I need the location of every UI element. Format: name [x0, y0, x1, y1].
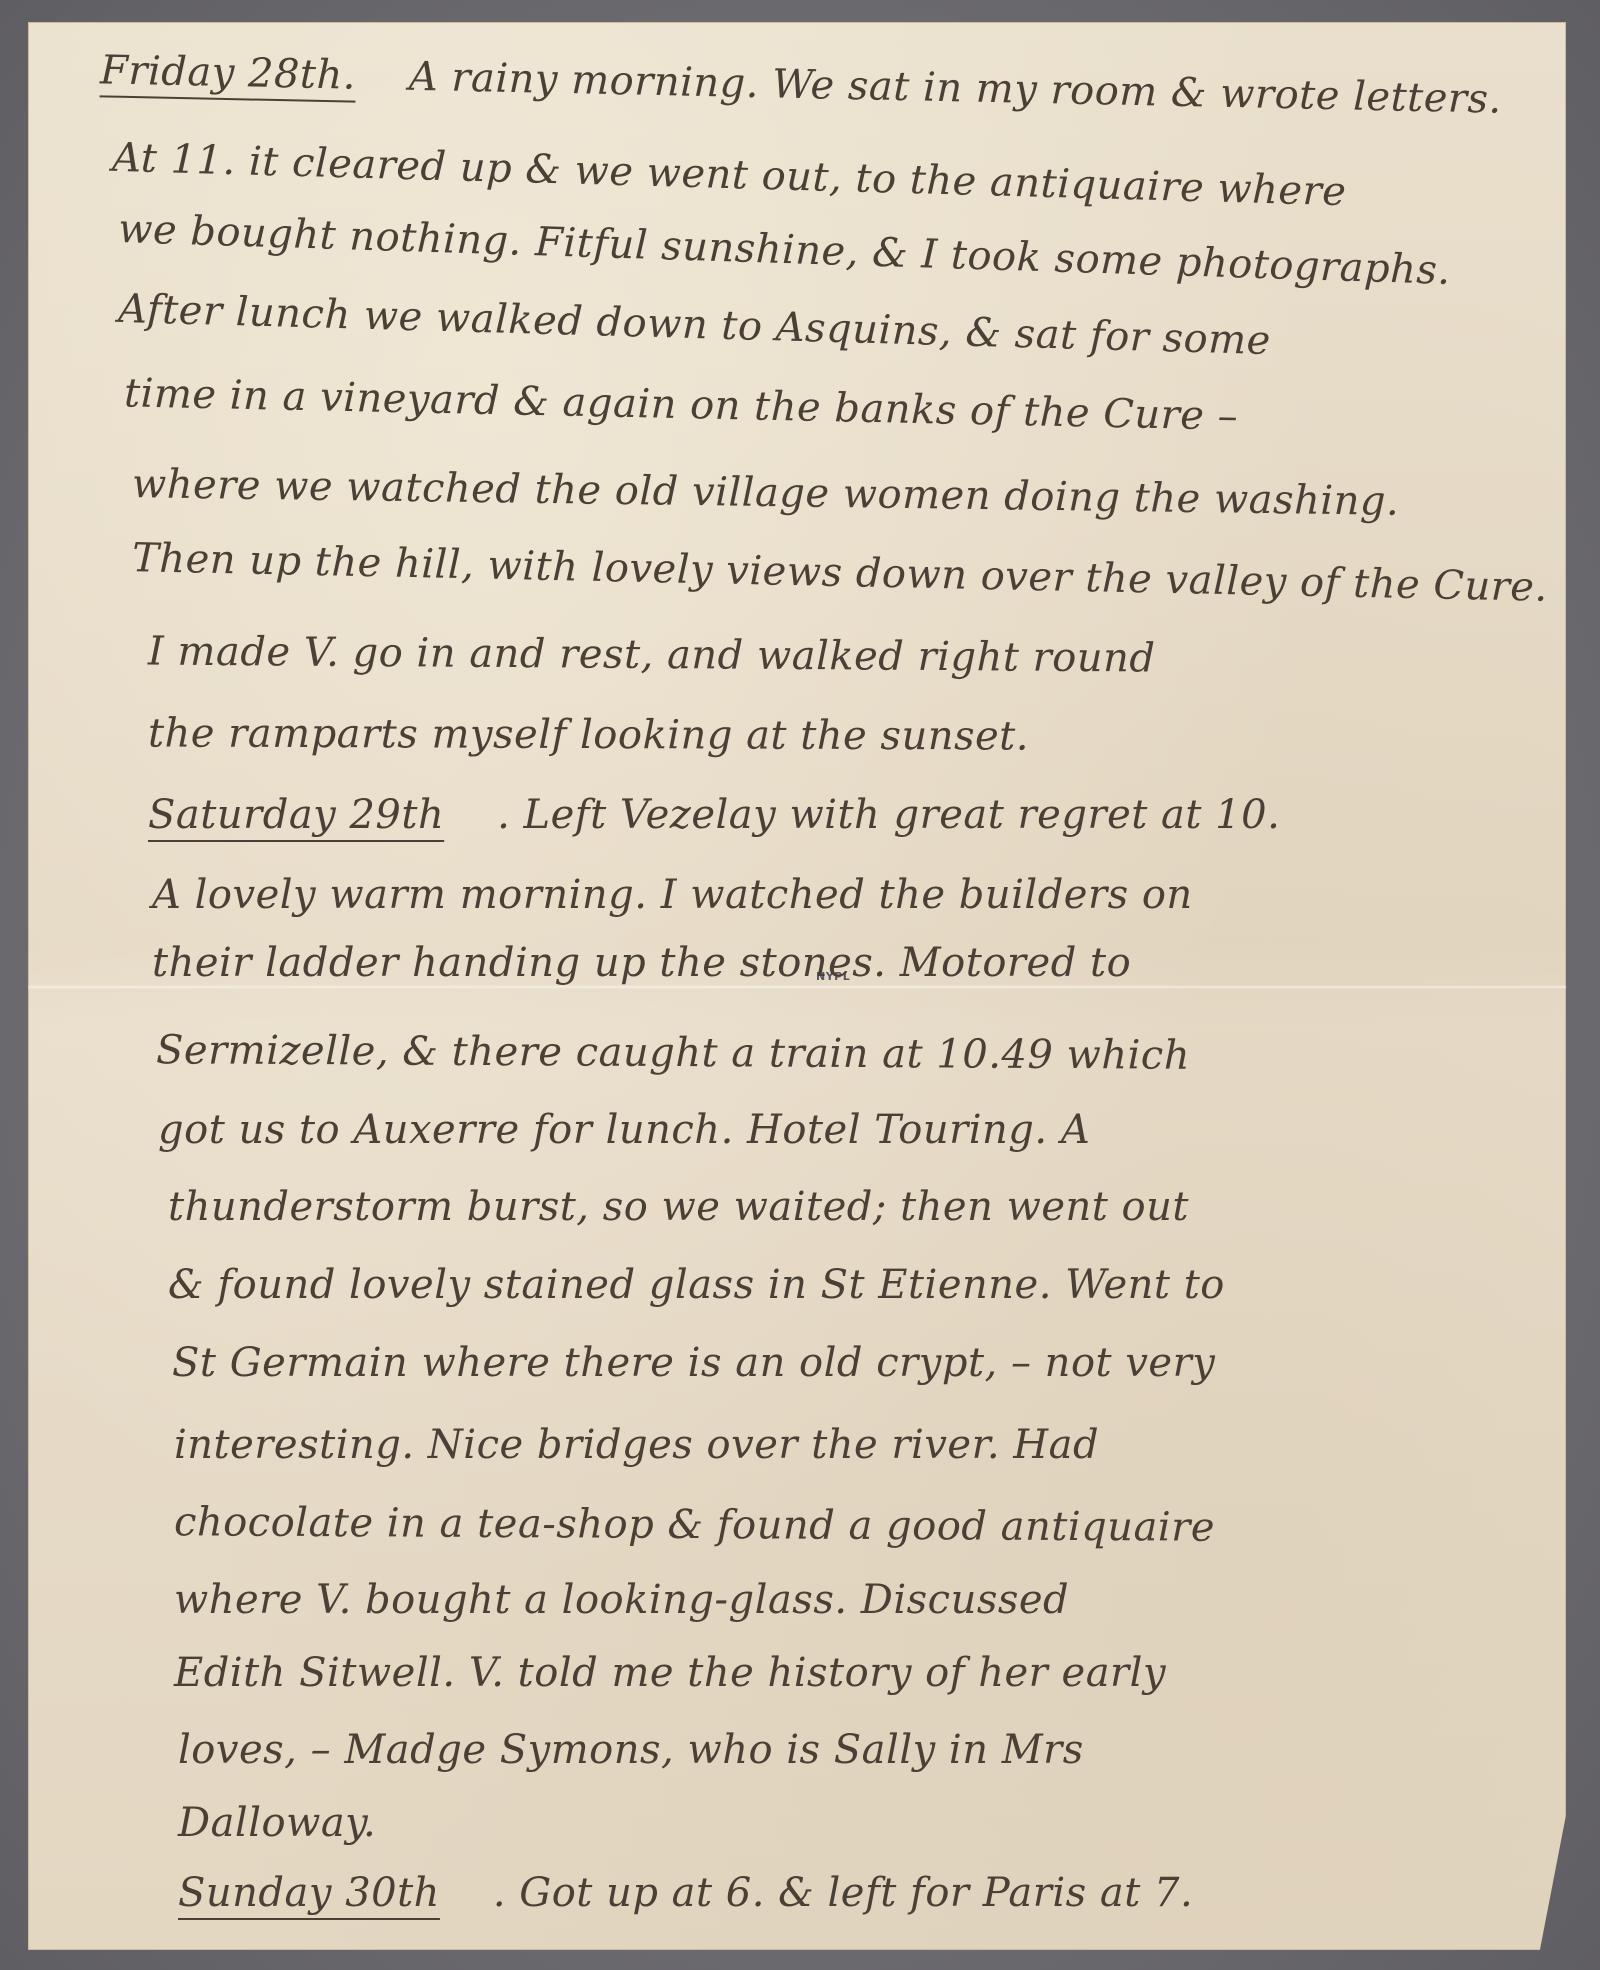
entry-line: I made V. go in and rest, and walked rig…: [148, 628, 1156, 681]
entry-date-sunday: Sunday 30th: [178, 1870, 440, 1916]
entry-text: . Left Vezelay with great regret at 10.: [497, 792, 1280, 838]
entry-line: the ramparts myself looking at the sunse…: [148, 710, 1029, 759]
entry-line: Edith Sitwell. V. told me the history of…: [174, 1650, 1166, 1696]
entry-line: Dalloway.: [178, 1800, 376, 1846]
entry-line: & found lovely stained glass in St Etien…: [168, 1262, 1225, 1308]
entry-line: thunderstorm burst, so we waited; then w…: [168, 1184, 1189, 1230]
entry-line: we bought nothing. Fitful sunshine, & I …: [118, 206, 1452, 294]
entry-date-saturday: Saturday 29th: [148, 792, 444, 838]
diary-page: NYPL Friday 28th. A rainy morning. We sa…: [28, 22, 1566, 1950]
entry-text: A rainy morning. We sat in my room & wro…: [408, 54, 1502, 123]
entry-line: chocolate in a tea-shop & found a good a…: [174, 1499, 1215, 1550]
entry-line: After lunch we walked down to Asquins, &…: [118, 286, 1272, 364]
entry-line: Sunday 30th . Got up at 6. & left for Pa…: [178, 1870, 1193, 1916]
entry-line: loves, – Madge Symons, who is Sally in M…: [178, 1727, 1084, 1773]
entry-line: their ladder handing up the stones. Moto…: [152, 940, 1131, 986]
entry-line: time in a vineyard & again on the banks …: [124, 370, 1239, 439]
entry-line: where we watched the old village women d…: [132, 461, 1400, 525]
entry-line: Saturday 29th . Left Vezelay with great …: [148, 792, 1280, 838]
entry-line: St Germain where there is an old crypt, …: [172, 1340, 1215, 1386]
entry-line: At 11. it cleared up & we went out, to t…: [112, 135, 1347, 215]
entry-line: got us to Auxerre for lunch. Hotel Touri…: [158, 1107, 1090, 1153]
entry-line: interesting. Nice bridges over the river…: [174, 1422, 1099, 1468]
entry-line: Friday 28th. A rainy morning. We sat in …: [100, 47, 1503, 122]
entry-text: . Got up at 6. & left for Paris at 7.: [493, 1870, 1193, 1916]
handwritten-text: Friday 28th. A rainy morning. We sat in …: [28, 22, 1566, 1950]
entry-date-friday: Friday 28th.: [100, 47, 357, 98]
entry-line: A lovely warm morning. I watched the bui…: [152, 872, 1193, 918]
entry-line: where V. bought a looking-glass. Discuss…: [174, 1577, 1069, 1623]
entry-line: Sermizelle, & there caught a train at 10…: [156, 1027, 1190, 1078]
entry-line: Then up the hill, with lovely views down…: [132, 535, 1549, 611]
